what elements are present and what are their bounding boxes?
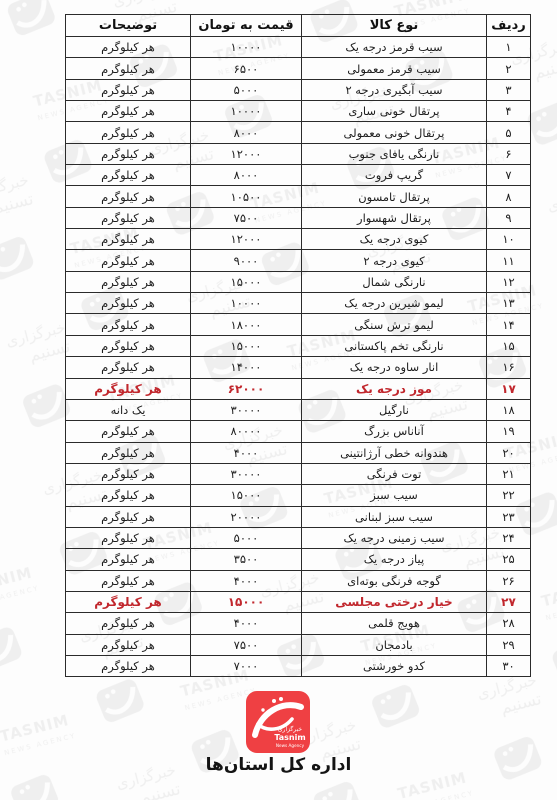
table-row: ۲۳سیب سبز لبنانی۲۰۰۰۰هر کیلوگرم [66, 506, 531, 527]
cell-price: ۱۰۵۰۰ [191, 186, 302, 207]
cell-no: ۱۹ [487, 421, 531, 442]
cell-no: ۷ [487, 165, 531, 186]
cell-notes: هر کیلوگرم [66, 335, 191, 356]
cell-product: آناناس بزرگ [302, 421, 487, 442]
cell-product: پیاز درجه یک [302, 549, 487, 570]
table-row: ۲۰هندوانه خطی آرژانتینی۴۰۰۰هر کیلوگرم [66, 442, 531, 463]
cell-price: ۱۵۰۰۰ [191, 485, 302, 506]
table-row: ۱۴لیمو ترش سنگی۱۸۰۰۰هر کیلوگرم [66, 314, 531, 335]
cell-no: ۲۹ [487, 634, 531, 655]
table-row: ۱۱کیوی درجه ۲۹۰۰۰هر کیلوگرم [66, 250, 531, 271]
table-row: ۸پرتقال تامسون۱۰۵۰۰هر کیلوگرم [66, 186, 531, 207]
cell-product: گریپ فروت [302, 165, 487, 186]
logo-text-en1: Tasnim [274, 733, 305, 742]
cell-notes: هر کیلوگرم [66, 250, 191, 271]
cell-no: ۲۳ [487, 506, 531, 527]
cell-no: ۱۷ [487, 378, 531, 399]
cell-no: ۲۷ [487, 591, 531, 612]
table-row: ۲۶گوجه فرنگی بوته‌ای۴۰۰۰هر کیلوگرم [66, 570, 531, 591]
cell-price: ۱۰۰۰۰ [191, 101, 302, 122]
cell-notes: یک دانه [66, 399, 191, 420]
header-cell-product: نوع کالا [302, 15, 487, 37]
cell-notes: هر کیلوگرم [66, 527, 191, 548]
table-row: ۲۹بادمجان۷۵۰۰هر کیلوگرم [66, 634, 531, 655]
cell-price: ۹۰۰۰ [191, 250, 302, 271]
cell-product: پرتقال تامسون [302, 186, 487, 207]
cell-product: سیب قرمز درجه یک [302, 37, 487, 58]
cell-price: ۱۵۰۰۰ [191, 271, 302, 292]
cell-no: ۳۰ [487, 655, 531, 676]
table-row: ۳۰کدو خورشتی۷۰۰۰هر کیلوگرم [66, 655, 531, 676]
cell-notes: هر کیلوگرم [66, 506, 191, 527]
cell-product: کیوی درجه ۲ [302, 250, 487, 271]
cell-product: نارگیل [302, 399, 487, 420]
table-row: ۵پرتقال خونی معمولی۸۰۰۰هر کیلوگرم [66, 122, 531, 143]
cell-no: ۱۱ [487, 250, 531, 271]
table-row: ۱۲نارنگی شمال۱۵۰۰۰هر کیلوگرم [66, 271, 531, 292]
cell-notes: هر کیلوگرم [66, 143, 191, 164]
table-row: ۱۸نارگیل۳۰۰۰۰یک دانه [66, 399, 531, 420]
table-row: ۹پرتقال شهسوار۷۵۰۰هر کیلوگرم [66, 207, 531, 228]
cell-no: ۱۸ [487, 399, 531, 420]
cell-notes: هر کیلوگرم [66, 613, 191, 634]
cell-notes: هر کیلوگرم [66, 229, 191, 250]
cell-price: ۸۰۰۰ [191, 165, 302, 186]
cell-product: سیب قرمز معمولی [302, 58, 487, 79]
table-row: ۲۵پیاز درجه یک۳۵۰۰هر کیلوگرم [66, 549, 531, 570]
table-row: ۱سیب قرمز درجه یک۱۰۰۰۰هر کیلوگرم [66, 37, 531, 58]
cell-price: ۱۸۰۰۰ [191, 314, 302, 335]
cell-product: بادمجان [302, 634, 487, 655]
cell-notes: هر کیلوگرم [66, 378, 191, 399]
cell-product: سیب سبز [302, 485, 487, 506]
table-row: ۷گریپ فروت۸۰۰۰هر کیلوگرم [66, 165, 531, 186]
cell-no: ۲۱ [487, 463, 531, 484]
table-row: ۲۷خیار درختی مجلسی۱۵۰۰۰هر کیلوگرم [66, 591, 531, 612]
cell-price: ۱۵۰۰۰ [191, 591, 302, 612]
cell-product: پرتقال خونی ساری [302, 101, 487, 122]
cell-price: ۱۰۰۰۰ [191, 37, 302, 58]
cell-notes: هر کیلوگرم [66, 463, 191, 484]
cell-notes: هر کیلوگرم [66, 634, 191, 655]
cell-product: سیب زمینی درجه یک [302, 527, 487, 548]
cell-notes: هر کیلوگرم [66, 207, 191, 228]
logo-text-en2: News Agency [276, 743, 305, 748]
table-row: ۶نارنگی یافای جنوب۱۲۰۰۰هر کیلوگرم [66, 143, 531, 164]
cell-product: انار ساوه درجه یک [302, 357, 487, 378]
table-row: ۱۷موز درجه یک۶۲۰۰۰هر کیلوگرم [66, 378, 531, 399]
cell-notes: هر کیلوگرم [66, 655, 191, 676]
cell-notes: هر کیلوگرم [66, 591, 191, 612]
table-row: ۳سیب آبگیری درجه ۲۵۰۰۰هر کیلوگرم [66, 79, 531, 100]
cell-notes: هر کیلوگرم [66, 271, 191, 292]
cell-product: پرتقال خونی معمولی [302, 122, 487, 143]
cell-no: ۱۳ [487, 293, 531, 314]
cell-price: ۱۵۰۰۰ [191, 335, 302, 356]
header-cell-notes: توضیحات [66, 15, 191, 37]
cell-product: گوجه فرنگی بوته‌ای [302, 570, 487, 591]
table-row: ۲۲سیب سبز۱۵۰۰۰هر کیلوگرم [66, 485, 531, 506]
cell-notes: هر کیلوگرم [66, 79, 191, 100]
cell-no: ۱۶ [487, 357, 531, 378]
cell-price: ۱۴۰۰۰ [191, 357, 302, 378]
cell-notes: هر کیلوگرم [66, 186, 191, 207]
cell-price: ۷۵۰۰ [191, 207, 302, 228]
cell-notes: هر کیلوگرم [66, 165, 191, 186]
cell-product: نارنگی تخم پاکستانی [302, 335, 487, 356]
cell-price: ۶۲۰۰۰ [191, 378, 302, 399]
cell-price: ۸۰۰۰ [191, 122, 302, 143]
cell-product: کیوی درجه یک [302, 229, 487, 250]
cell-product: موز درجه یک [302, 378, 487, 399]
table-row: ۱۰کیوی درجه یک۱۲۰۰۰هر کیلوگرم [66, 229, 531, 250]
org-title: اداره کل استان‌ها [0, 755, 557, 775]
table-body: ۱سیب قرمز درجه یک۱۰۰۰۰هر کیلوگرم۲سیب قرم… [66, 37, 531, 677]
cell-price: ۱۲۰۰۰ [191, 143, 302, 164]
cell-notes: هر کیلوگرم [66, 442, 191, 463]
cell-product: توت فرنگی [302, 463, 487, 484]
cell-price: ۳۵۰۰ [191, 549, 302, 570]
cell-price: ۸۰۰۰۰ [191, 421, 302, 442]
cell-product: لیمو ترش سنگی [302, 314, 487, 335]
cell-notes: هر کیلوگرم [66, 37, 191, 58]
cell-no: ۴ [487, 101, 531, 122]
cell-no: ۲۴ [487, 527, 531, 548]
cell-notes: هر کیلوگرم [66, 549, 191, 570]
cell-no: ۸ [487, 186, 531, 207]
cell-price: ۵۰۰۰ [191, 527, 302, 548]
cell-product: هویج قلمی [302, 613, 487, 634]
table-row: ۲۴سیب زمینی درجه یک۵۰۰۰هر کیلوگرم [66, 527, 531, 548]
table-row: ۱۹آناناس بزرگ۸۰۰۰۰هر کیلوگرم [66, 421, 531, 442]
cell-product: پرتقال شهسوار [302, 207, 487, 228]
table-row: ۱۳لیمو شیرین درجه یک۱۰۰۰۰هر کیلوگرم [66, 293, 531, 314]
cell-product: سیب سبز لبنانی [302, 506, 487, 527]
cell-no: ۱۵ [487, 335, 531, 356]
cell-no: ۹ [487, 207, 531, 228]
cell-no: ۱۴ [487, 314, 531, 335]
cell-price: ۵۰۰۰ [191, 79, 302, 100]
cell-no: ۲۵ [487, 549, 531, 570]
cell-price: ۳۰۰۰۰ [191, 463, 302, 484]
cell-product: سیب آبگیری درجه ۲ [302, 79, 487, 100]
cell-product: لیمو شیرین درجه یک [302, 293, 487, 314]
cell-price: ۱۰۰۰۰ [191, 293, 302, 314]
cell-notes: هر کیلوگرم [66, 58, 191, 79]
cell-product: هندوانه خطی آرژانتینی [302, 442, 487, 463]
cell-no: ۱۰ [487, 229, 531, 250]
cell-price: ۲۰۰۰۰ [191, 506, 302, 527]
cell-price: ۴۰۰۰ [191, 570, 302, 591]
cell-no: ۲ [487, 58, 531, 79]
cell-price: ۳۰۰۰۰ [191, 399, 302, 420]
cell-price: ۴۰۰۰ [191, 613, 302, 634]
cell-notes: هر کیلوگرم [66, 122, 191, 143]
cell-no: ۱۲ [487, 271, 531, 292]
cell-notes: هر کیلوگرم [66, 485, 191, 506]
logo-text-fa: خبرگزاری [278, 725, 303, 733]
cell-price: ۶۵۰۰ [191, 58, 302, 79]
cell-no: ۲۲ [487, 485, 531, 506]
price-table-container: ردیف نوع کالا قیمت به تومان توضیحات ۱سیب… [65, 14, 531, 677]
cell-product: خیار درختی مجلسی [302, 591, 487, 612]
price-table: ردیف نوع کالا قیمت به تومان توضیحات ۱سیب… [65, 14, 531, 677]
cell-notes: هر کیلوگرم [66, 314, 191, 335]
cell-price: ۴۰۰۰ [191, 442, 302, 463]
cell-no: ۵ [487, 122, 531, 143]
table-row: ۲۱توت فرنگی۳۰۰۰۰هر کیلوگرم [66, 463, 531, 484]
cell-no: ۲۶ [487, 570, 531, 591]
cell-notes: هر کیلوگرم [66, 101, 191, 122]
tasnim-logo: خبرگزاری Tasnim News Agency [246, 691, 310, 753]
cell-product: کدو خورشتی [302, 655, 487, 676]
header-cell-price: قیمت به تومان [191, 15, 302, 37]
cell-notes: هر کیلوگرم [66, 570, 191, 591]
cell-no: ۲۰ [487, 442, 531, 463]
table-row: ۱۶انار ساوه درجه یک۱۴۰۰۰هر کیلوگرم [66, 357, 531, 378]
cell-product: نارنگی یافای جنوب [302, 143, 487, 164]
header-cell-row-number: ردیف [487, 15, 531, 37]
table-row: ۱۵نارنگی تخم پاکستانی۱۵۰۰۰هر کیلوگرم [66, 335, 531, 356]
table-row: ۴پرتقال خونی ساری۱۰۰۰۰هر کیلوگرم [66, 101, 531, 122]
cell-no: ۱ [487, 37, 531, 58]
cell-no: ۶ [487, 143, 531, 164]
cell-price: ۷۵۰۰ [191, 634, 302, 655]
table-row: ۲سیب قرمز معمولی۶۵۰۰هر کیلوگرم [66, 58, 531, 79]
cell-no: ۳ [487, 79, 531, 100]
cell-notes: هر کیلوگرم [66, 293, 191, 314]
cell-price: ۷۰۰۰ [191, 655, 302, 676]
cell-no: ۲۸ [487, 613, 531, 634]
cell-product: نارنگی شمال [302, 271, 487, 292]
cell-notes: هر کیلوگرم [66, 421, 191, 442]
cell-price: ۱۲۰۰۰ [191, 229, 302, 250]
table-row: ۲۸هویج قلمی۴۰۰۰هر کیلوگرم [66, 613, 531, 634]
table-header-row: ردیف نوع کالا قیمت به تومان توضیحات [66, 15, 531, 37]
cell-notes: هر کیلوگرم [66, 357, 191, 378]
